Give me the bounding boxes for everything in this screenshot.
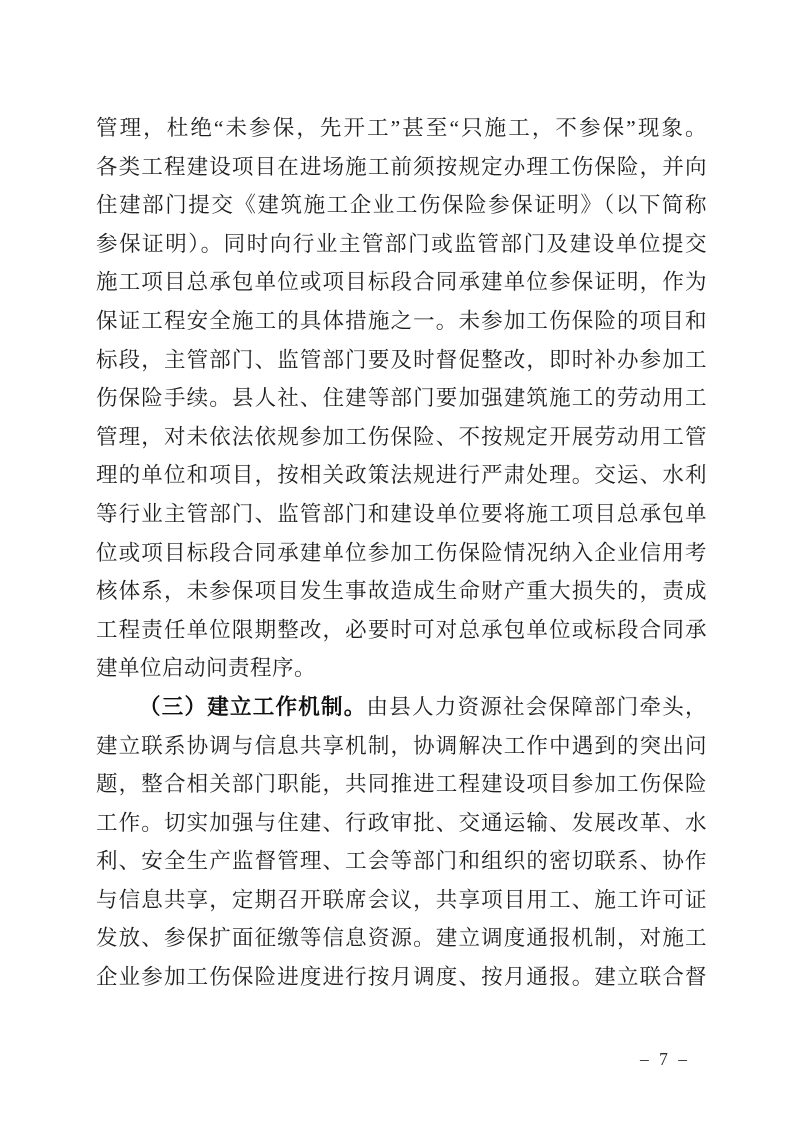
document-page: 管理，杜绝“未参保，先开工”甚至“只施工，不参保”现象。 各类工程建设项目在进场…	[0, 0, 793, 1122]
text-line: 标段，主管部门、监管部门要及时督促整改，即时补办参加工	[96, 341, 707, 380]
text-line: 工程责任单位限期整改，必要时可对总承包单位或标段合同承	[96, 611, 707, 650]
text-line: 保证工程安全施工的具体措施之一。未参加工伤保险的项目和	[96, 302, 707, 341]
text-line: 住建部门提交《建筑施工企业工伤保险参保证明》（以下简称	[96, 186, 707, 225]
text-line: 核体系，未参保项目发生事故造成生命财产重大损失的，责成	[96, 572, 707, 611]
section-three-heading: （三）建立工作机制。	[139, 695, 367, 719]
text-line: 利、安全生产监督管理、工会等部门和组织的密切联系、协作	[96, 842, 707, 881]
text-line-section-heading: （三）建立工作机制。由县人力资源社会保障部门牵头，	[96, 688, 707, 727]
text-line: 企业参加工伤保险进度进行按月调度、按月通报。建立联合督	[96, 958, 707, 997]
text-line: 等行业主管部门、监管部门和建设单位要将施工项目总承包单	[96, 495, 707, 534]
text-line: 伤保险手续。县人社、住建等部门要加强建筑施工的劳动用工	[96, 379, 707, 418]
text-line: 建立联系协调与信息共享机制，协调解决工作中遇到的突出问	[96, 727, 707, 766]
text-line: 题，整合相关部门职能，共同推进工程建设项目参加工伤保险	[96, 765, 707, 804]
text-line: 与信息共享，定期召开联席会议，共享项目用工、施工许可证	[96, 881, 707, 920]
text-line-paragraph-end: 建单位启动问责程序。	[96, 649, 707, 688]
text-line: 各类工程建设项目在进场施工前须按规定办理工伤保险，并向	[96, 148, 707, 187]
section-three-first-line-text: 由县人力资源社会保障部门牵头，	[367, 695, 707, 719]
text-line: 管理，对未依法依规参加工伤保险、不按规定开展劳动用工管	[96, 418, 707, 457]
body-text-block: 管理，杜绝“未参保，先开工”甚至“只施工，不参保”现象。 各类工程建设项目在进场…	[96, 109, 707, 997]
text-line: 施工项目总承包单位或项目标段合同承建单位参保证明，作为	[96, 263, 707, 302]
page-number: – 7 –	[640, 1046, 690, 1072]
text-line: 管理，杜绝“未参保，先开工”甚至“只施工，不参保”现象。	[96, 109, 707, 148]
text-line: 发放、参保扩面征缴等信息资源。建立调度通报机制，对施工	[96, 919, 707, 958]
text-line: 理的单位和项目，按相关政策法规进行严肃处理。交运、水利	[96, 456, 707, 495]
text-line: 参保证明）。同时向行业主管部门或监管部门及建设单位提交	[96, 225, 707, 264]
text-line: 工作。切实加强与住建、行政审批、交通运输、发展改革、水	[96, 804, 707, 843]
text-line: 位或项目标段合同承建单位参加工伤保险情况纳入企业信用考	[96, 534, 707, 573]
